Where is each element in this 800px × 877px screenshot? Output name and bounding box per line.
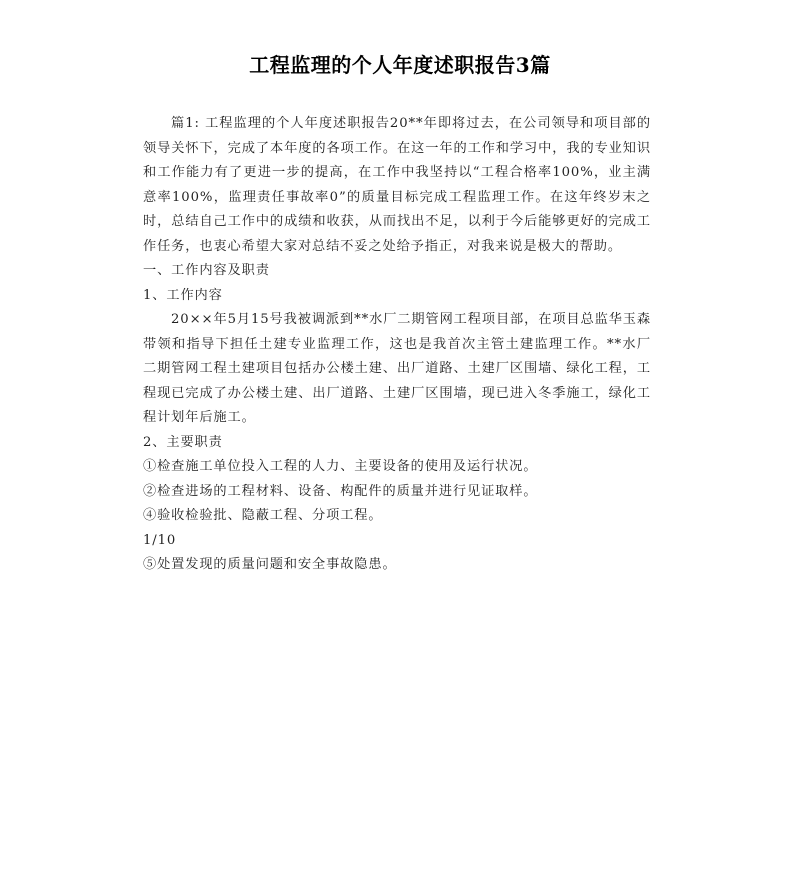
subsection-heading-work-content: 1、工作内容 [143, 284, 651, 309]
document-title: 工程监理的个人年度述职报告3篇 [0, 50, 800, 80]
subsection-heading-main-duties: 2、主要职责 [143, 431, 651, 456]
intro-paragraph: 篇1: 工程监理的个人年度述职报告20**年即将过去，在公司领导和项目部的领导关… [143, 112, 651, 259]
document-body: 篇1: 工程监理的个人年度述职报告20**年即将过去，在公司领导和项目部的领导关… [143, 112, 651, 578]
duty-item-5: ⑤处置发现的质量问题和安全事故隐患。 [143, 553, 651, 578]
document-page: 工程监理的个人年度述职报告3篇 篇1: 工程监理的个人年度述职报告20**年即将… [0, 0, 800, 877]
page-number: 1/10 [143, 529, 651, 554]
duty-item-1: ①检查施工单位投入工程的人力、主要设备的使用及运行状况。 [143, 455, 651, 480]
section-heading-work-and-duties: 一、工作内容及职责 [143, 259, 651, 284]
work-content-paragraph: 20××年5月15号我被调派到**水厂二期管网工程项目部，在项目总监华玉森带领和… [143, 308, 651, 431]
duty-item-4: ④验收检验批、隐蔽工程、分项工程。 [143, 504, 651, 529]
duty-item-2: ②检查进场的工程材料、设备、构配件的质量并进行见证取样。 [143, 480, 651, 505]
